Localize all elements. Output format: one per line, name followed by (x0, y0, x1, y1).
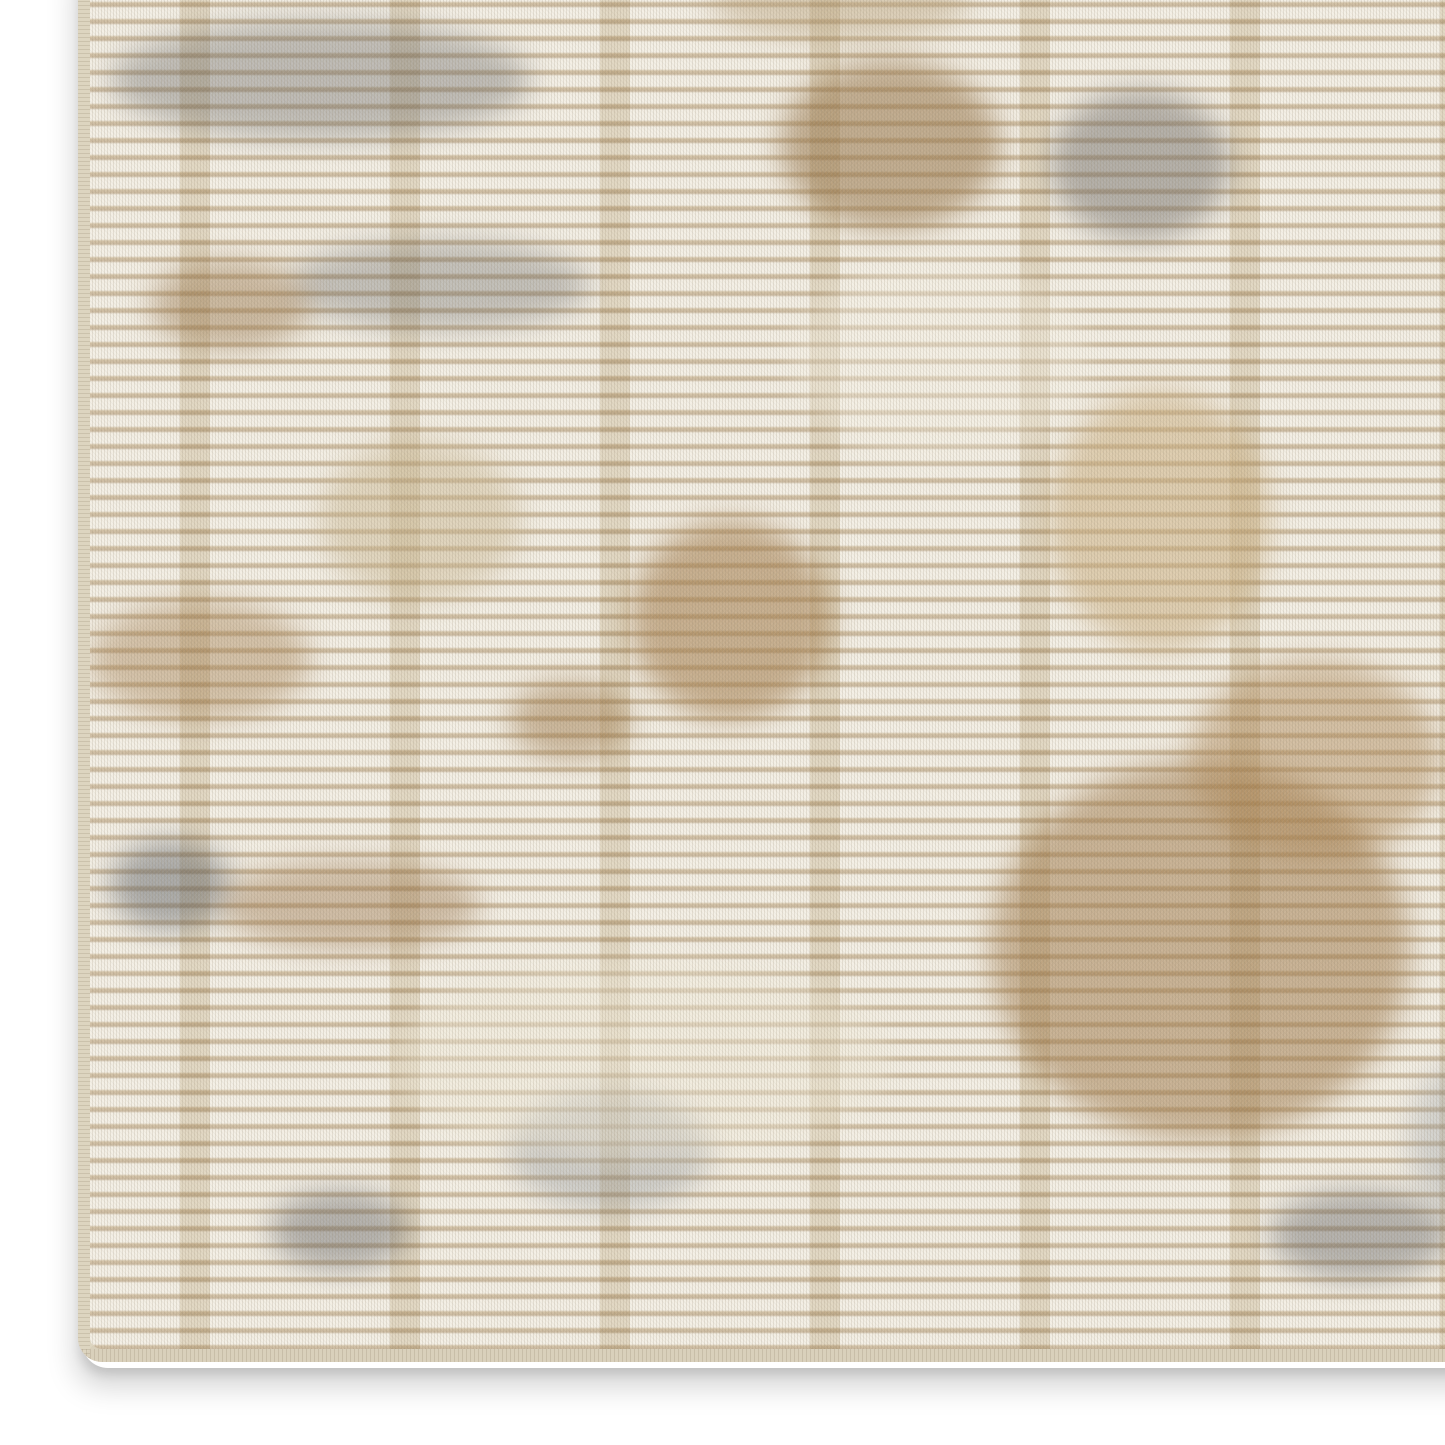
product-photo (0, 0, 1445, 1445)
rug-binding-edge (78, 0, 1445, 1362)
rug (78, 0, 1445, 1362)
